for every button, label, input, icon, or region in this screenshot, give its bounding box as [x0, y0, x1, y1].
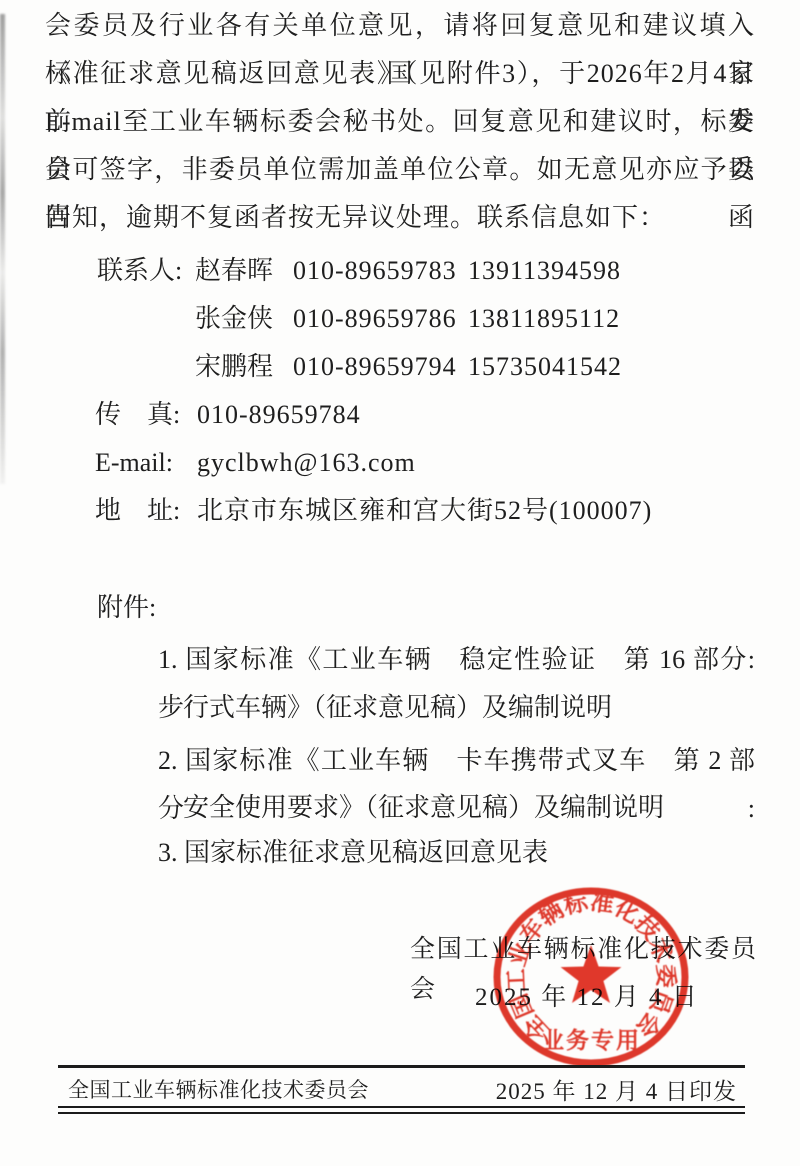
- document-page: 会委员及行业各有关单位意见，请将回复意见和建议填入《国家 标准征求意见稿返回意见…: [0, 0, 800, 1166]
- contact-name: 张金侠: [195, 295, 273, 343]
- contact-row: 宋鹏程 010-89659794 15735041542: [45, 343, 755, 391]
- scan-edge-artifact: [0, 14, 5, 484]
- contact-name: 赵春晖: [195, 247, 273, 295]
- contact-mobile: 15735041542: [468, 343, 622, 391]
- footer-organization: 全国工业车辆标准化技术委员会: [58, 1074, 369, 1104]
- body-paragraph: 会委员及行业各有关单位意见，请将回复意见和建议填入《国家 标准征求意见稿返回意见…: [45, 2, 755, 242]
- contact-name: 宋鹏程: [195, 343, 273, 391]
- body-line: 标准征求意见稿返回意见表》（见附件3），于2026年2月4日前发: [45, 50, 755, 98]
- contact-mobile: 13911394598: [468, 247, 621, 295]
- address-row: 地 址: 北京市东城区雍和宫大街52号(100007): [45, 487, 755, 535]
- email-label: E-mail:: [95, 439, 173, 487]
- fax-label: 传 真:: [95, 391, 180, 439]
- footer: 全国工业车辆标准化技术委员会 2025 年 12 月 4 日印发: [58, 1072, 745, 1106]
- attachment-item-3: 3. 国家标准征求意见稿返回意见表: [158, 829, 548, 877]
- attachment-item-1-line-2: 行式车辆》（征求意见稿）及编制说明: [183, 684, 612, 732]
- attachment-item-2-line-2: 安全使用要求》（征求意见稿）及编制说明: [183, 784, 664, 832]
- body-line: 告知，逾期不复函者按无异议处理。联系信息如下：: [45, 194, 755, 242]
- address-label: 地 址:: [95, 487, 180, 535]
- contact-phone: 010-89659794: [293, 343, 457, 391]
- email-row: E-mail: gyclbwh@163.com: [45, 439, 755, 487]
- contact-phone: 010-89659786: [293, 295, 457, 343]
- address-value: 北京市东城区雍和宫大街52号(100007): [197, 487, 652, 535]
- body-line: E-mail至工业车辆标委会秘书处。回复意见和建议时，标委会委: [45, 98, 755, 146]
- official-seal: 全国工业车辆标准化技术委员会 业务专用: [490, 882, 692, 1076]
- footer-rule-top: [58, 1065, 745, 1068]
- contact-row: 张金侠 010-89659786 13811895112: [45, 295, 755, 343]
- seal-star-icon: [561, 945, 622, 1003]
- contact-row: 联系人: 赵春晖 010-89659783 13911394598: [45, 247, 755, 295]
- email-address: gyclbwh@163.com: [197, 439, 416, 487]
- body-line: 会委员及行业各有关单位意见，请将回复意见和建议填入《国家: [45, 2, 755, 50]
- attachments-heading: 附件:: [97, 584, 156, 632]
- contact-info-block: 联系人: 赵春晖 010-89659783 13911394598 张金侠 01…: [45, 247, 755, 535]
- contact-mobile: 13811895112: [468, 295, 620, 343]
- contact-label: 联系人:: [97, 247, 182, 295]
- contact-phone: 010-89659783: [293, 247, 457, 295]
- fax-row: 传 真: 010-89659784: [45, 391, 755, 439]
- footer-rule-bottom-2: [58, 1112, 745, 1114]
- seal-bottom-text: 业务专用: [541, 1027, 641, 1053]
- fax-number: 010-89659784: [197, 391, 361, 439]
- footer-rule-bottom-1: [58, 1106, 745, 1108]
- footer-print-date: 2025 年 12 月 4 日印发: [496, 1073, 745, 1106]
- body-line: 员可签字，非委员单位需加盖单位公章。如无意见亦应予以回函: [45, 146, 755, 194]
